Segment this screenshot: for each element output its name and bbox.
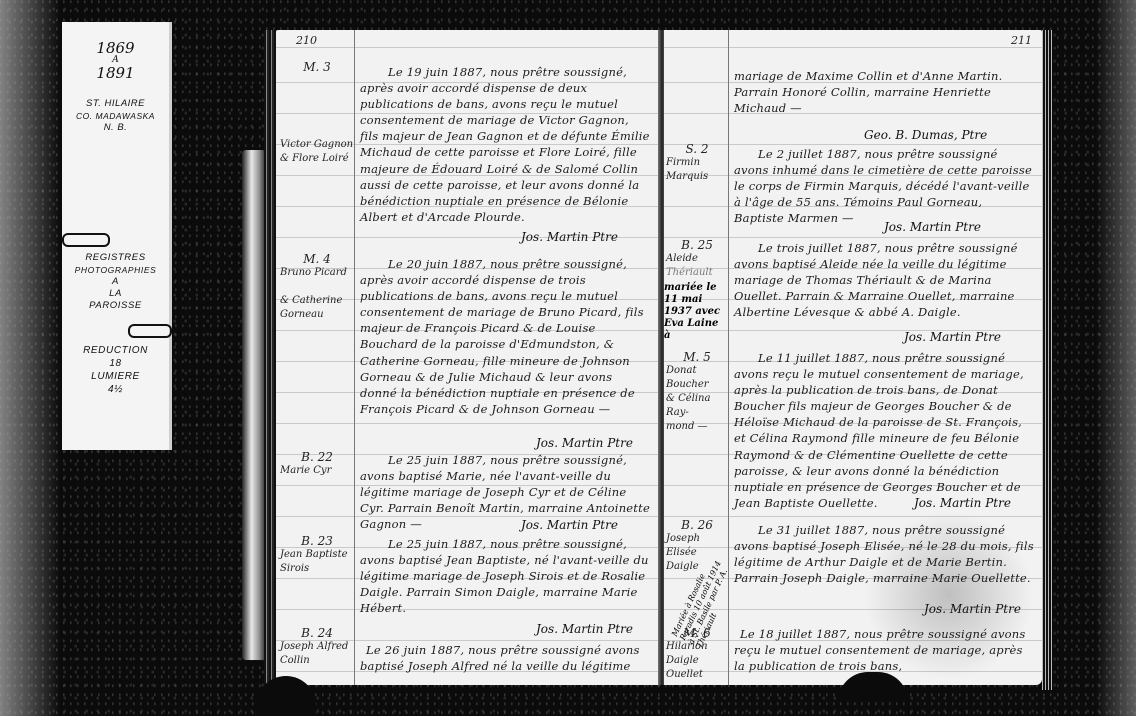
entry-name: Marquis [666,170,728,184]
entry-name: Donat Boucher [666,364,728,392]
registry-line: PAROISSE [66,300,165,312]
signature: Jos. Martin Ptre [924,602,1021,616]
left-page: 210 M. 3 Victor Gagnon & Flore Loiré Le … [276,30,660,685]
entry-name: Ouellet [666,668,728,682]
signature: Jos. Martin Ptre [521,230,618,244]
entry-text: Le 19 juin 1887, nous prêtre soussigné, … [360,64,650,225]
entry-name: Gorneau [280,308,354,322]
entry-name: Jean Baptiste [280,548,354,562]
place-line: ST. HILAIRE [66,98,165,110]
entry-name: Hilarion Daigle [666,640,728,668]
signature: Geo. B. Dumas, Ptre [864,128,987,142]
entry-name: Aleide [666,252,728,266]
signature: Jos. Martin Ptre [884,220,981,234]
entry-text: Le 11 juillet 1887, nous prêtre soussign… [734,350,1034,511]
reduction-line: 4½ [66,383,165,396]
entry-text: Le 20 juin 1887, nous prêtre soussigné, … [360,256,650,417]
entry-text: mariage de Maxime Collin et d'Anne Marti… [734,68,1034,116]
registry-line: A [66,276,165,288]
registry-line: REGISTRES [66,252,165,264]
card-registry: REGISTRES PHOTOGRAPHIES A LA PAROISSE [66,252,165,312]
entry-name: & Célina Ray- [666,392,728,420]
entry-label: S. 2 Firmin Marquis [666,142,728,184]
place-line: N. B. [66,122,165,134]
reduction-line: LUMIERE [66,370,165,383]
signature: Jos. Martin Ptre [536,436,633,450]
entry-name: Marie Cyr [280,464,354,478]
book-edge-left [264,30,276,690]
signature: Jos. Martin Ptre [536,622,633,636]
entry-label: M. 3 Victor Gagnon & Flore Loiré [280,60,354,166]
book-edge-right [1042,30,1052,690]
card-place: ST. HILAIRE CO. MADAWASKA N. B. [66,98,165,134]
entry-code: S. 2 [666,142,728,156]
registry-line: LA [66,288,165,300]
entry-code: B. 24 [280,626,354,640]
entry-name: & Flore Loiré [280,152,354,166]
entry-text: Le trois juillet 1887, nous prêtre souss… [734,240,1034,320]
left-edge-glare [0,0,60,716]
entry-label: M. 5 Donat Boucher & Célina Ray- mond — [666,350,728,434]
page-number: 211 [1011,34,1032,47]
entry-name: mond — [666,420,728,434]
signature: Jos. Martin Ptre [904,330,1001,344]
entry-name: Thériault [666,266,728,280]
entry-name: Firmin [666,156,728,170]
entry-text: Le 18 juillet 1887, nous prêtre soussign… [734,626,1034,674]
page-number: 210 [296,34,317,47]
entry-text: Le 26 juin 1887, nous prêtre soussigné a… [360,642,650,674]
entry-label: M. 6 Hilarion Daigle Ouellet [666,626,728,682]
entry-name: Bruno Picard [280,266,354,280]
reduction-line: REDUCTION [66,344,165,357]
card-reduction: REDUCTION 18 LUMIERE 4½ [66,344,165,396]
entry-name: Sirois [280,562,354,576]
year-end: 1891 [96,64,134,82]
entry-name: Victor Gagnon [280,138,354,152]
entry-text: Le 2 juillet 1887, nous prêtre soussigné… [734,146,1034,226]
entry-name: Collin [280,654,354,668]
reduction-line: 18 [66,357,165,370]
entry-label: B. 24 Joseph Alfred Collin [280,626,354,668]
entry-text: Le 31 juillet 1887, nous prêtre soussign… [734,522,1034,586]
entry-code: M. 4 [280,252,354,266]
margin-rule [354,30,355,685]
entry-label: B. 23 Jean Baptiste Sirois [280,534,354,576]
margin-annotation: mariée le 11 mai 1937 avec Eva Laine à [664,282,724,342]
entry-code: B. 25 [666,238,728,252]
card-years: 1869 A 1891 [62,40,169,81]
right-edge-glare [1096,0,1136,716]
entry-name: Joseph Alfred [280,640,354,654]
entry-code: M. 5 [666,350,728,364]
entry-code: B. 22 [280,450,354,464]
signature: Jos. Martin Ptre [914,496,1011,510]
right-page: 211 mariage de Maxime Collin et d'Anne M… [664,30,1042,685]
page-curl-left [242,150,266,660]
entry-label: B. 22 Marie Cyr [280,450,354,478]
entry-label: B. 25 Aleide Thériault [666,238,728,280]
entry-code: M. 3 [280,60,354,74]
entry-label: M. 4 Bruno Picard & Catherine Gorneau [280,252,354,322]
signature: Jos. Martin Ptre [521,518,618,532]
entry-code: B. 26 [666,518,728,532]
registry-line: PHOTOGRAPHIES [66,264,165,276]
entry-code: B. 23 [280,534,354,548]
entry-name: Joseph Elisée [666,532,728,560]
place-line: CO. MADAWASKA [66,110,165,122]
entry-name: & Catherine [280,294,354,308]
paper-clip-icon [62,233,110,247]
paper-clip-icon [128,324,172,338]
entry-code: M. 6 [666,626,728,640]
register-book: 210 M. 3 Victor Gagnon & Flore Loiré Le … [262,30,1048,690]
entry-text: Le 25 juin 1887, nous prêtre soussigné, … [360,536,650,616]
